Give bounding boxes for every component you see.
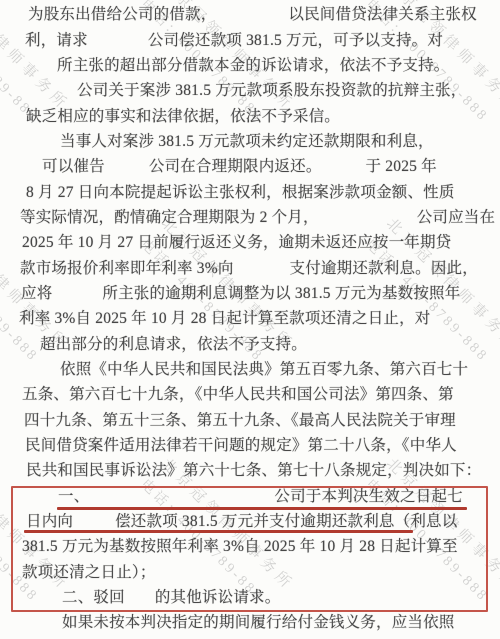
document-line: 日内向偿还款项 381.5 万元并支付逾期还款利息（利息以 bbox=[26, 511, 457, 532]
document-line: 如果未按本判决指定的期间履行给付金钱义务，应当依照 bbox=[62, 612, 455, 633]
document-line: 利，请求公司偿还款项 381.5 万元，可予以支持。对 bbox=[25, 30, 443, 51]
text-run: 2025 年 10 月 27 日前履行返还义务，逾期未返还应按一年期贷 bbox=[22, 234, 451, 251]
redaction-gap bbox=[73, 521, 115, 523]
text-run: 如果未按本判决指定的期间履行给付金钱义务，应当依照 bbox=[62, 614, 455, 631]
redaction-gap bbox=[319, 217, 417, 219]
text-run: 所主张的逾期利息调整为以 381.5 万元为基数按照年 bbox=[102, 285, 460, 302]
text-run: 可以催告 bbox=[42, 158, 105, 175]
document-line: 等实际情况，酌情确定合理期限为 2 个月，公司应当在 bbox=[20, 207, 495, 228]
redaction-gap bbox=[125, 597, 155, 599]
text-run: 8 月 27 日向本院提起诉讼主张权利，根据案涉款项金额、性质 bbox=[26, 184, 455, 201]
text-run: 利，请求 bbox=[25, 32, 88, 49]
document-line: 公司关于案涉 381.5 万元款项系股东投资款的抗辩主张， bbox=[77, 80, 466, 101]
text-run: 支付逾期还款利息。因此， bbox=[290, 260, 478, 277]
text-run: 的其他诉讼请求。 bbox=[155, 589, 281, 606]
text-run: 款项还清之日止）； bbox=[22, 564, 156, 581]
text-run: 应将 bbox=[21, 285, 52, 302]
text-run: 偿还款项 381.5 万元并支付逾期还款利息（利息以 bbox=[115, 513, 457, 530]
text-run: 公司在合理期限内返还。 bbox=[149, 158, 322, 175]
document-line: 二、驳回的其他诉讼请求。 bbox=[62, 587, 280, 608]
document-line: 利率 3%自 2025 年 10 月 28 日起计算至款项还清之日止，对 bbox=[19, 308, 431, 329]
document-line: 缺乏相应的事实和法律依据，依法不予采信。 bbox=[26, 106, 340, 127]
document-line: 款项还清之日止）； bbox=[22, 562, 156, 583]
text-run: 缺乏相应的事实和法律依据，依法不予采信。 bbox=[26, 108, 340, 125]
redaction-gap bbox=[88, 40, 148, 42]
document-line: 所主张的超出部分借款本金的诉讼请求，依法不予支持。 bbox=[57, 55, 450, 76]
redaction-gap bbox=[89, 496, 274, 498]
text-run: 五条、第六百七十九条，《中华人民共和国公司法》第四条、第 bbox=[22, 386, 454, 403]
text-run: 超出部分的利息请求，依法不予支持。 bbox=[40, 336, 307, 353]
text-run: 依照《中华人民共和国民法典》第五百零九条、第六百七十 bbox=[60, 361, 468, 378]
document-line: 当事人对案涉 381.5 万元款项未约定还款期限和利息， bbox=[60, 131, 434, 152]
document-line: 民共和国民事诉讼法》第六十七条、第七十八条规定，判决如下： bbox=[26, 460, 481, 481]
redaction-gap bbox=[216, 15, 288, 17]
redaction-gap bbox=[234, 268, 290, 270]
document-line: 应将所主张的逾期利息调整为以 381.5 万元为基数按照年 bbox=[21, 283, 460, 304]
text-run: 公司应当在 bbox=[417, 209, 496, 226]
document-line: 8 月 27 日向本院提起诉讼主张权利，根据案涉款项金额、性质 bbox=[26, 182, 455, 203]
document-line: 依照《中华人民共和国民法典》第五百零九条、第六百七十 bbox=[60, 359, 468, 380]
document-line: 381.5 万元为基数按照年利率 3%自 2025 年 10 月 28 日起计算… bbox=[22, 536, 458, 557]
redaction-gap bbox=[105, 167, 149, 169]
text-run: 所主张的超出部分借款本金的诉讼请求，依法不予支持。 bbox=[57, 57, 450, 74]
document-line: 一、公司于本判决生效之日起七 bbox=[58, 486, 463, 507]
text-run: 为股东出借给公司的借款， bbox=[28, 6, 216, 23]
text-run: 二、驳回 bbox=[62, 589, 125, 606]
text-run: 公司偿还款项 381.5 万元，可予以支持。对 bbox=[148, 32, 443, 49]
document-line: 四十九条、第五十三条、第五十九条、《最高人民法院关于审理 bbox=[24, 410, 456, 431]
text-run: 于 2025 年 bbox=[366, 158, 437, 175]
document-line: 2025 年 10 月 27 日前履行返还义务，逾期未返还应按一年期贷 bbox=[22, 232, 451, 253]
text-run: 一、 bbox=[58, 488, 89, 505]
document-line: 民间借贷案件适用法律若干问题的规定》第二十八条，《中华人 bbox=[25, 435, 457, 456]
document-line: 五条、第六百七十九条，《中华人民共和国公司法》第四条、第 bbox=[22, 384, 454, 405]
document-line: 为股东出借给公司的借款，以民间借贷法律关系主张权 bbox=[28, 4, 477, 25]
document-line: 款市场报价利率即年利率 3%向支付逾期还款利息。因此， bbox=[20, 258, 478, 279]
text-run: 民共和国民事诉讼法》第六十七条、第七十八条规定，判决如下： bbox=[26, 462, 481, 479]
text-run: 等实际情况，酌情确定合理期限为 2 个月， bbox=[20, 209, 319, 226]
text-run: 民间借贷案件适用法律若干问题的规定》第二十八条，《中华人 bbox=[25, 437, 457, 454]
text-run: 四十九条、第五十三条、第五十九条、《最高人民法院关于审理 bbox=[24, 412, 456, 429]
text-run: 日内向 bbox=[26, 513, 73, 530]
text-layer: 为股东出借给公司的借款，以民间借贷法律关系主张权利，请求公司偿还款项 381.5… bbox=[0, 0, 500, 639]
text-run: 381.5 万元为基数按照年利率 3%自 2025 年 10 月 28 日起计算… bbox=[22, 538, 458, 555]
text-run: 当事人对案涉 381.5 万元款项未约定还款期限和利息， bbox=[60, 133, 434, 150]
text-run: 款市场报价利率即年利率 3%向 bbox=[20, 260, 234, 277]
redaction-gap bbox=[52, 293, 102, 295]
text-run: 利率 3%自 2025 年 10 月 28 日起计算至款项还清之日止，对 bbox=[19, 310, 431, 327]
document-line: 可以催告公司在合理期限内返还。于 2025 年 bbox=[42, 156, 437, 177]
text-run: 以民间借贷法律关系主张权 bbox=[288, 6, 476, 23]
redaction-gap bbox=[322, 167, 366, 169]
document-line: 超出部分的利息请求，依法不予支持。 bbox=[40, 334, 307, 355]
scanned-judgment-page: 北京冠领律师事务所电话：400-8789-888北京冠领律师事务所电话：400-… bbox=[0, 0, 500, 639]
text-run: 公司关于案涉 381.5 万元款项系股东投资款的抗辩主张， bbox=[77, 82, 466, 99]
text-run: 公司于本判决生效之日起七 bbox=[274, 488, 462, 505]
